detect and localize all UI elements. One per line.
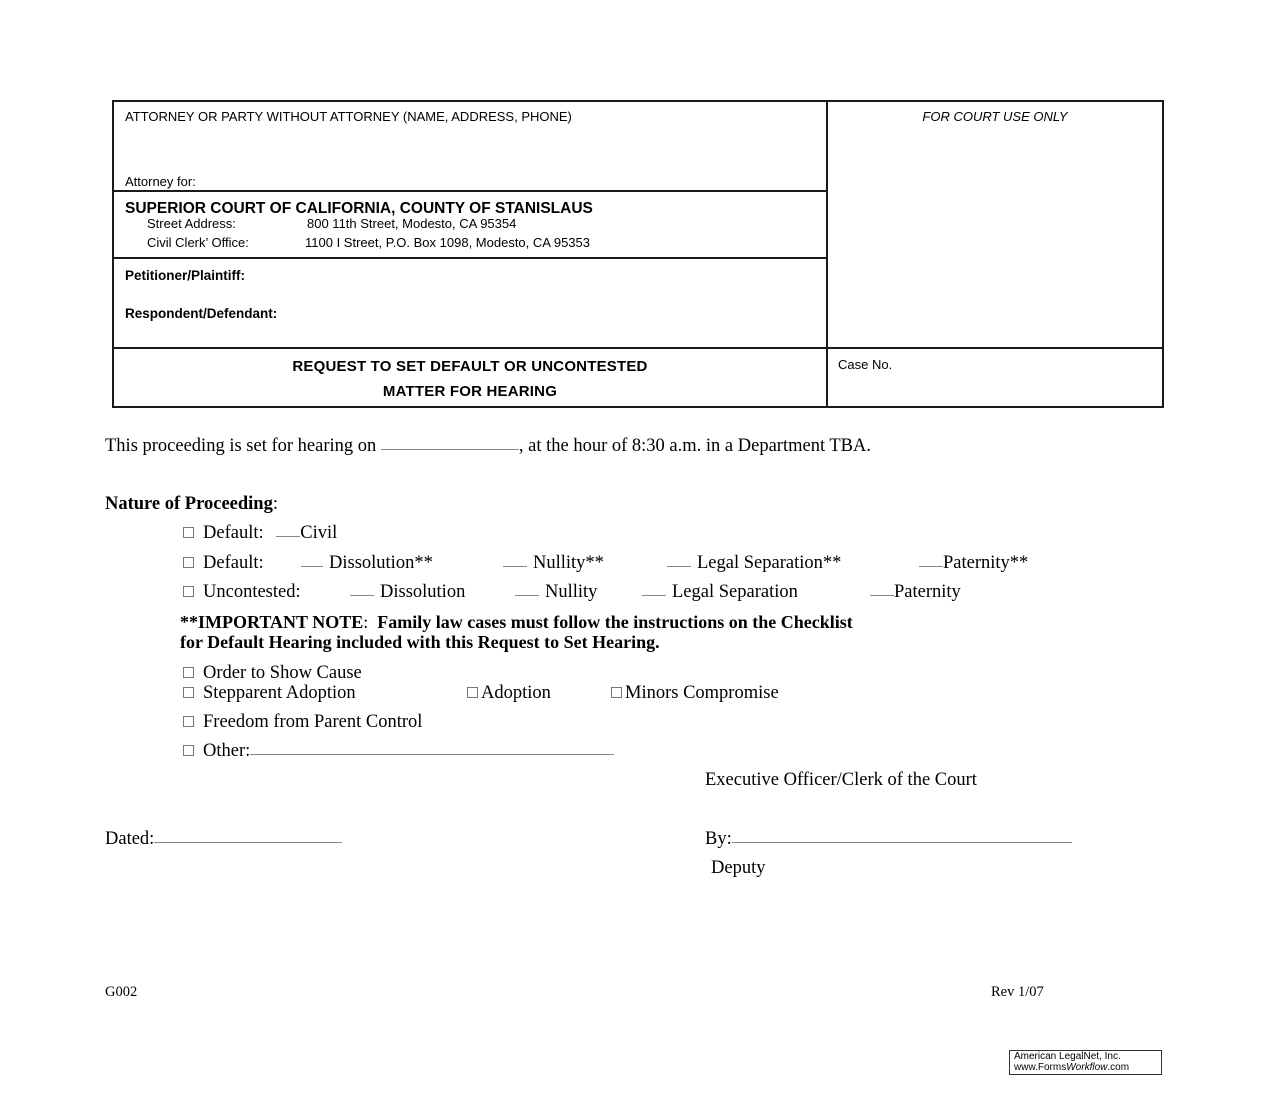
- civil-option: Civil: [300, 523, 337, 543]
- court-use-label: FOR COURT USE ONLY: [828, 109, 1162, 124]
- default-civil-label: Default:: [203, 523, 264, 543]
- freedom-parent-control-checkbox[interactable]: [183, 716, 194, 727]
- other-checkbox[interactable]: [183, 745, 194, 756]
- publisher-url-prefix: www.Forms: [1014, 1062, 1066, 1073]
- uncontested-legal-separation-option: Legal Separation: [642, 582, 798, 603]
- uncontested-label: Uncontested:: [203, 582, 301, 602]
- other-field[interactable]: [250, 753, 614, 755]
- minors-compromise-label: Minors Compromise: [625, 683, 779, 703]
- uncontested-nullity-option: Nullity: [515, 582, 597, 603]
- other-row: Other:: [183, 741, 614, 762]
- default-paternity-option: Paternity**: [919, 553, 1028, 574]
- by-label: By:: [705, 829, 732, 849]
- adoption-row: Adoption: [467, 683, 551, 704]
- clerk-office-value: 1100 I Street, P.O. Box 1098, Modesto, C…: [305, 235, 590, 250]
- important-note-line2: for Default Hearing included with this R…: [180, 632, 660, 652]
- order-to-show-cause-checkbox[interactable]: [183, 667, 194, 678]
- deputy-label: Deputy: [711, 858, 765, 879]
- stepparent-adoption-label: Stepparent Adoption: [203, 683, 356, 703]
- nature-heading-colon: :: [273, 494, 278, 514]
- clerk-office-label: Civil Clerk’ Office:: [147, 235, 249, 250]
- uncontested-paternity-label: Paternity: [894, 582, 961, 602]
- uncontested-checkbox[interactable]: [183, 586, 194, 597]
- important-note-colon: :: [363, 612, 368, 632]
- nature-heading-text: Nature of Proceeding: [105, 494, 273, 514]
- publisher-box: American LegalNet, Inc. www.FormsWorkflo…: [1009, 1050, 1162, 1075]
- attorney-info-field[interactable]: [114, 122, 826, 177]
- uncontested-paternity-blank[interactable]: [870, 594, 894, 596]
- petitioner-label: Petitioner/Plaintiff:: [125, 268, 245, 283]
- publisher-url-italic: Workflow: [1066, 1062, 1107, 1073]
- default-dissolution-label: Dissolution**: [329, 553, 433, 573]
- default-civil-row: Default: Civil: [183, 523, 337, 544]
- publisher-url-suffix: .com: [1107, 1062, 1129, 1073]
- important-note: **IMPORTANT NOTE: Family law cases must …: [180, 612, 853, 652]
- by-field[interactable]: [732, 841, 1072, 843]
- default-legal-separation-blank[interactable]: [667, 565, 691, 567]
- default-legal-separation-label: Legal Separation**: [697, 553, 841, 573]
- case-no-label: Case No.: [838, 357, 892, 372]
- uncontested-dissolution-blank[interactable]: [350, 594, 374, 596]
- default-legal-separation-option: Legal Separation**: [667, 553, 841, 574]
- uncontested-paternity-option: Paternity: [870, 582, 961, 603]
- caption-vertical-divider: [826, 102, 828, 406]
- uncontested-nullity-label: Nullity: [545, 582, 597, 602]
- minors-compromise-checkbox[interactable]: [611, 687, 622, 698]
- adoption-label: Adoption: [481, 683, 551, 703]
- street-address-value: 800 11th Street, Modesto, CA 95354: [307, 216, 516, 231]
- officer-title: Executive Officer/Clerk of the Court: [705, 770, 977, 791]
- form-code: G002: [105, 984, 137, 1001]
- other-label: Other:: [203, 741, 250, 761]
- default-nullity-blank[interactable]: [503, 565, 527, 567]
- important-note-label: **IMPORTANT NOTE: [180, 612, 363, 632]
- street-address-label: Street Address:: [147, 216, 236, 231]
- revision-date: Rev 1/07: [991, 984, 1044, 1001]
- default-civil-checkbox[interactable]: [183, 527, 194, 538]
- order-to-show-cause-label: Order to Show Cause: [203, 663, 362, 683]
- default-family-checkbox[interactable]: [183, 557, 194, 568]
- uncontested-dissolution-option: Dissolution: [350, 582, 465, 603]
- civil-blank[interactable]: [276, 535, 300, 537]
- dated-label: Dated:: [105, 829, 154, 849]
- by-row: By:: [705, 829, 1072, 850]
- caption-table: ATTORNEY OR PARTY WITHOUT ATTORNEY (NAME…: [112, 100, 1164, 408]
- freedom-parent-control-label: Freedom from Parent Control: [203, 712, 422, 732]
- default-dissolution-option: Dissolution**: [301, 553, 433, 574]
- default-nullity-option: Nullity**: [503, 553, 604, 574]
- default-dissolution-blank[interactable]: [301, 565, 323, 567]
- order-to-show-cause-row: Order to Show Cause: [183, 663, 362, 684]
- uncontested-row: Uncontested:: [183, 582, 301, 603]
- stepparent-adoption-row: Stepparent Adoption: [183, 683, 356, 704]
- nature-heading: Nature of Proceeding:: [105, 494, 278, 515]
- attorney-for-label: Attorney for:: [125, 174, 196, 189]
- caption-divider-3: [114, 347, 1162, 349]
- caption-divider-2: [114, 257, 826, 259]
- hearing-suffix: , at the hour of 8:30 a.m. in a Departme…: [519, 436, 871, 456]
- publisher-url: www.FormsWorkflow.com: [1014, 1063, 1161, 1074]
- default-family-row: Default:: [183, 553, 264, 574]
- case-no-field[interactable]: [828, 374, 1162, 404]
- respondent-label: Respondent/Defendant:: [125, 306, 277, 321]
- form-title-line2: MATTER FOR HEARING: [114, 383, 826, 400]
- stepparent-adoption-checkbox[interactable]: [183, 687, 194, 698]
- default-paternity-label: Paternity**: [943, 553, 1028, 573]
- hearing-prefix: This proceeding is set for hearing on: [105, 436, 376, 456]
- adoption-checkbox[interactable]: [467, 687, 478, 698]
- dated-field[interactable]: [154, 841, 342, 843]
- freedom-parent-control-row: Freedom from Parent Control: [183, 712, 422, 733]
- caption-divider-1: [114, 190, 826, 192]
- hearing-date-field[interactable]: [381, 448, 519, 450]
- form-title-line1: REQUEST TO SET DEFAULT OR UNCONTESTED: [114, 358, 826, 375]
- uncontested-legal-separation-label: Legal Separation: [672, 582, 798, 602]
- uncontested-legal-separation-blank[interactable]: [642, 594, 666, 596]
- uncontested-nullity-blank[interactable]: [515, 594, 539, 596]
- important-note-line1: Family law cases must follow the instruc…: [377, 612, 853, 632]
- default-nullity-label: Nullity**: [533, 553, 604, 573]
- dated-row: Dated:: [105, 829, 342, 850]
- uncontested-dissolution-label: Dissolution: [380, 582, 465, 602]
- default-paternity-blank[interactable]: [919, 565, 943, 567]
- hearing-sentence: This proceeding is set for hearing on , …: [105, 436, 871, 457]
- default-family-label: Default:: [203, 553, 264, 573]
- minors-compromise-row: Minors Compromise: [611, 683, 779, 704]
